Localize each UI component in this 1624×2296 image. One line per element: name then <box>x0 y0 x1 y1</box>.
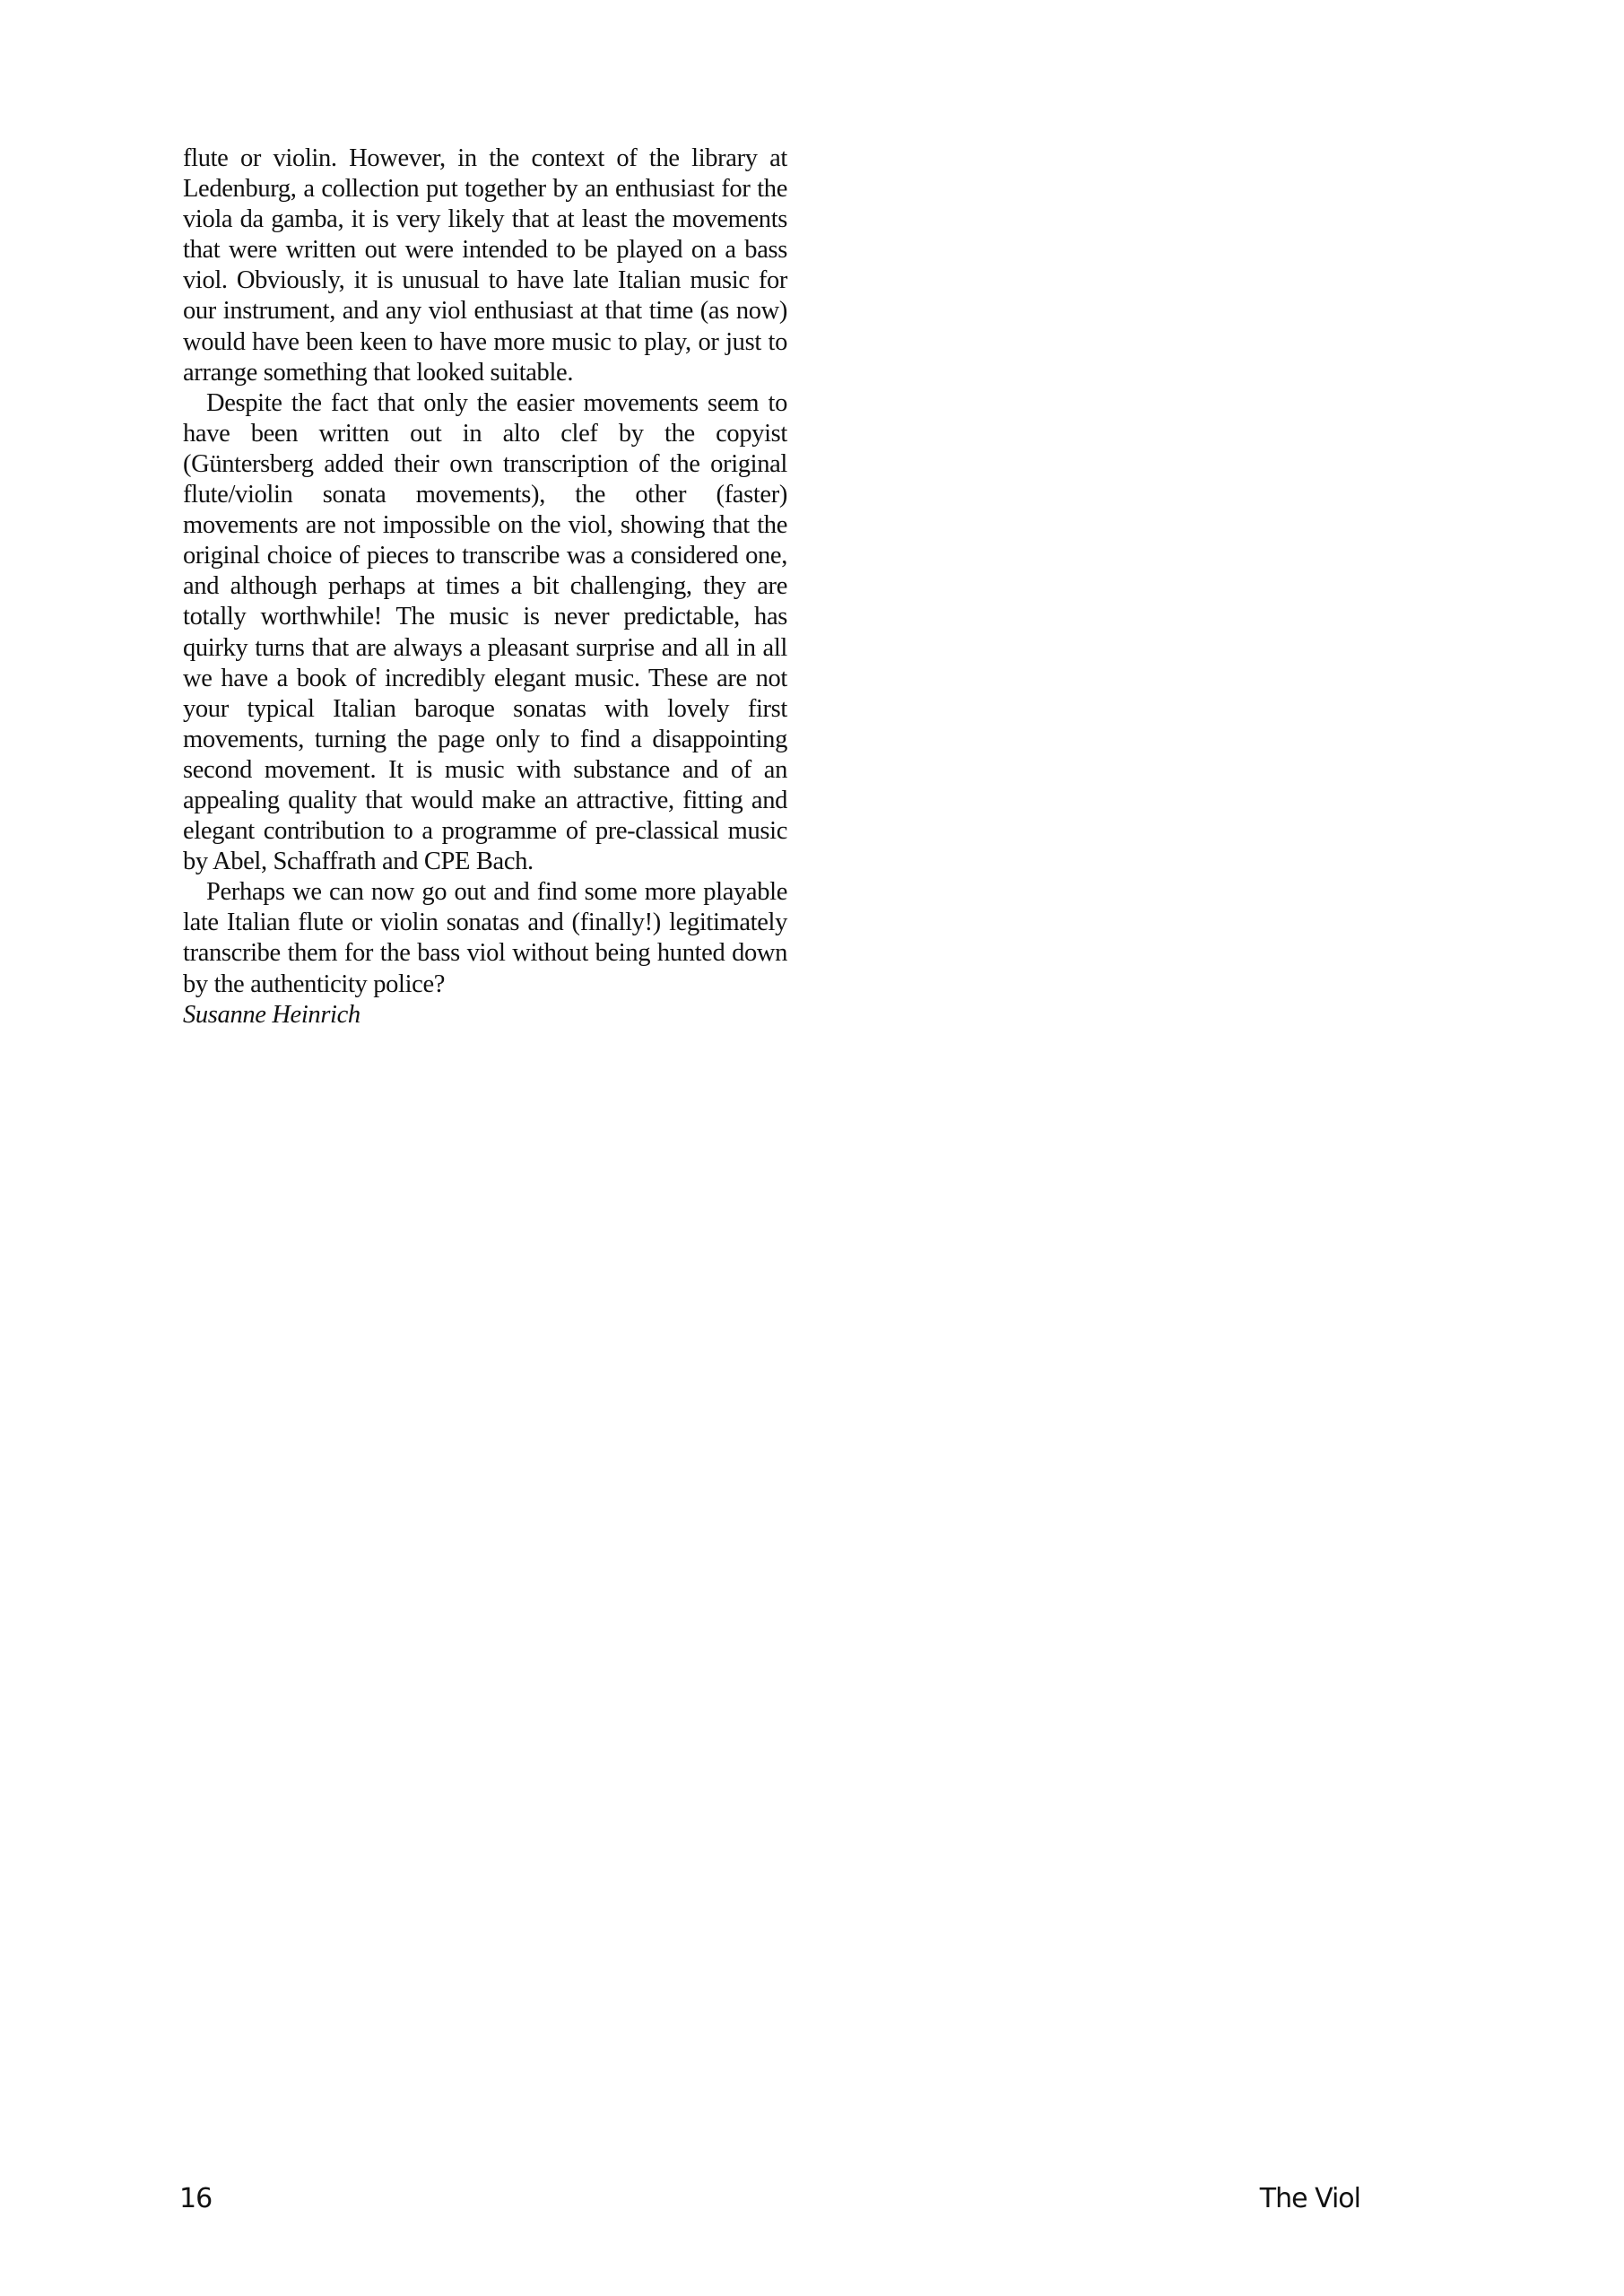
author-signature: Susanne Heinrich <box>183 1000 787 1031</box>
publication-title: The Viol <box>1260 2181 1360 2217</box>
page-number: 16 <box>179 2181 212 2217</box>
paragraph-continued: flute or violin. However, in the context… <box>183 143 787 388</box>
paragraph: Despite the fact that only the easier mo… <box>183 388 787 878</box>
paragraph: Perhaps we can now go out and find some … <box>183 877 787 999</box>
article-body: flute or violin. However, in the context… <box>183 143 787 1031</box>
